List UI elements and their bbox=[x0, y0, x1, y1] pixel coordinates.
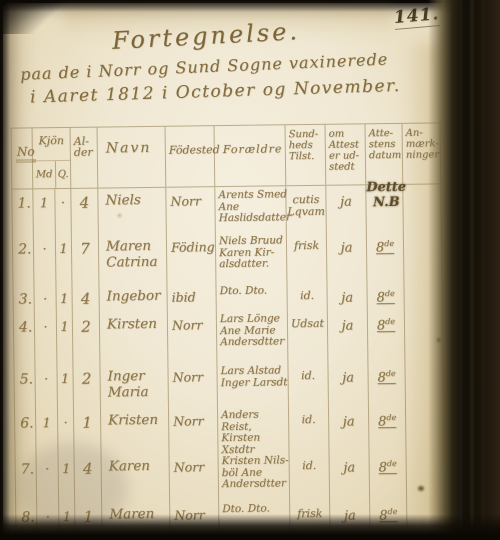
cell-foreldre: Arents Smed Ane Haslidsdatter bbox=[215, 186, 287, 233]
cell-kjon-md: · bbox=[37, 455, 60, 503]
cell-attest-datum: 8de bbox=[370, 451, 408, 499]
cell-no: 2. bbox=[13, 235, 35, 285]
cell-no: 5. bbox=[14, 365, 36, 409]
cell-alder: 4 bbox=[72, 285, 99, 313]
cell-kjon-md: · bbox=[34, 285, 56, 313]
cell-alder: 4 bbox=[75, 455, 103, 503]
cell-no: 6. bbox=[15, 409, 37, 455]
cell-attest: ja bbox=[329, 405, 370, 451]
cell-kjon-q: 1 bbox=[57, 365, 74, 409]
col-header-md: Md bbox=[33, 161, 56, 188]
scanned-register-page: 141. Fortegnelse. paa de i Norr og Sund … bbox=[0, 0, 500, 540]
cell-no: 4. bbox=[14, 313, 36, 365]
cell-kjon-q: 1 bbox=[59, 455, 76, 503]
cell-kjon-md: · bbox=[34, 235, 57, 285]
cell-kjon-md: 1 bbox=[36, 409, 59, 455]
cell-attest-datum: 8de bbox=[367, 281, 404, 309]
cell-sundhedstilstand: id. bbox=[287, 282, 327, 310]
cell-attest: ja bbox=[330, 451, 371, 499]
cell-sundhedstilstand: Udsat bbox=[288, 310, 329, 362]
cell-attest-datum: 8de bbox=[369, 405, 407, 451]
cell-no: 3. bbox=[13, 285, 34, 313]
cell-fodested: ibid bbox=[167, 283, 216, 312]
cell-navn: Kristen bbox=[101, 408, 170, 455]
cell-kjon-q: · bbox=[55, 189, 72, 235]
photo-corner-top-left bbox=[0, 0, 90, 34]
cell-fodested: Norr bbox=[169, 407, 219, 454]
cell-attest: ja bbox=[327, 281, 367, 309]
cell-kjon-md: · bbox=[35, 365, 58, 409]
photo-edge-left bbox=[0, 0, 10, 540]
cell-attest: ja bbox=[326, 185, 367, 231]
cell-navn: Maren Catrina bbox=[99, 234, 168, 285]
cell-fodested: Föding bbox=[167, 233, 217, 284]
binding-streak bbox=[460, 0, 462, 540]
cell-navn: Karen bbox=[102, 454, 171, 503]
cell-navn: Ingebor bbox=[99, 284, 167, 313]
cell-fodested: Norr bbox=[166, 187, 216, 234]
col-header-navn: Navn bbox=[98, 127, 167, 188]
cell-no: 1. bbox=[12, 189, 34, 235]
table-body: 1. 1 · 4 Niels Norr Arents Smed Ane Hasl… bbox=[12, 184, 446, 533]
cell-sundhedstilstand: id. bbox=[290, 452, 331, 500]
cell-foreldre: Lars Lönge Ane Marie Andersdtter bbox=[217, 310, 289, 363]
cell-attest-datum: 8de bbox=[368, 361, 406, 405]
cell-alder: 4 bbox=[71, 189, 99, 235]
col-header-alder: Al- der bbox=[71, 128, 99, 188]
col-header-kjon: Kjön bbox=[33, 128, 70, 161]
cell-fodested: Norr bbox=[168, 311, 218, 364]
col-header-q: Q. bbox=[56, 161, 70, 188]
col-header-datum: Atte- stens datum bbox=[366, 124, 404, 184]
cell-fodested: Norr bbox=[170, 453, 220, 502]
col-header-attest: om Attest er ud- stedt bbox=[326, 124, 367, 184]
cell-kjon-md: · bbox=[35, 313, 58, 365]
cell-attest-datum: 8de bbox=[368, 309, 406, 361]
col-header-no: No bbox=[12, 128, 34, 188]
cell-foreldre: Kristen Nils- böl Ane Andersdtter bbox=[219, 452, 291, 501]
cell-navn: Kirsten bbox=[100, 312, 169, 365]
cell-kjon-q: · bbox=[58, 409, 75, 455]
cell-alder: 7 bbox=[72, 235, 100, 285]
cell-foreldre: Niels Bruud Karen Kir- alsdatter. bbox=[216, 232, 288, 283]
cell-navn: Niels bbox=[98, 188, 167, 235]
book-binding bbox=[428, 0, 500, 540]
cell-kjon-q: 1 bbox=[57, 313, 74, 365]
cell-fodested: Norr bbox=[168, 363, 218, 408]
cell-alder: 1 bbox=[74, 409, 102, 455]
binding-streak bbox=[482, 0, 484, 540]
cell-sundhedstilstand: frisk bbox=[287, 232, 328, 282]
cell-attest: ja bbox=[327, 231, 368, 281]
cell-sundhedstilstand: id. bbox=[288, 362, 329, 406]
col-header-tilstand: Sund- heds Tilst. bbox=[286, 125, 327, 185]
cell-sundhedstilstand: id. bbox=[289, 406, 330, 452]
cell-no: 7. bbox=[16, 455, 38, 503]
cell-attest-datum: Dette N.B bbox=[366, 185, 404, 231]
cell-navn: Inger Maria bbox=[100, 364, 169, 409]
cell-foreldre: Anders Reist, Kirsten Xstdtr bbox=[218, 406, 290, 453]
cell-alder: 2 bbox=[73, 313, 101, 365]
cell-kjon-q: 1 bbox=[56, 235, 73, 285]
cell-alder: 2 bbox=[73, 365, 101, 409]
cell-kjon-md: 1 bbox=[33, 189, 56, 235]
col-header-kjon-group: Kjön Md Q. bbox=[33, 128, 72, 188]
cell-sundhedstilstand: cutis Lqvam bbox=[286, 186, 327, 232]
cell-foreldre: Dto. Dto. bbox=[216, 282, 287, 311]
col-header-foreldre: Forældre bbox=[215, 125, 287, 186]
binding-streak bbox=[471, 0, 473, 540]
photo-edge-bottom bbox=[0, 514, 500, 540]
col-header-fodested: Födested bbox=[166, 126, 216, 187]
cell-kjon-q: 1 bbox=[56, 285, 72, 313]
cell-attest-datum: 8de bbox=[367, 231, 405, 281]
cell-attest: ja bbox=[328, 361, 369, 405]
cell-foreldre: Lars Alstad Inger Larsdt bbox=[217, 362, 289, 407]
register-table: No Kjön Md Q. Al- der Navn Födested Foræ… bbox=[11, 122, 447, 533]
cell-attest: ja bbox=[328, 309, 369, 361]
